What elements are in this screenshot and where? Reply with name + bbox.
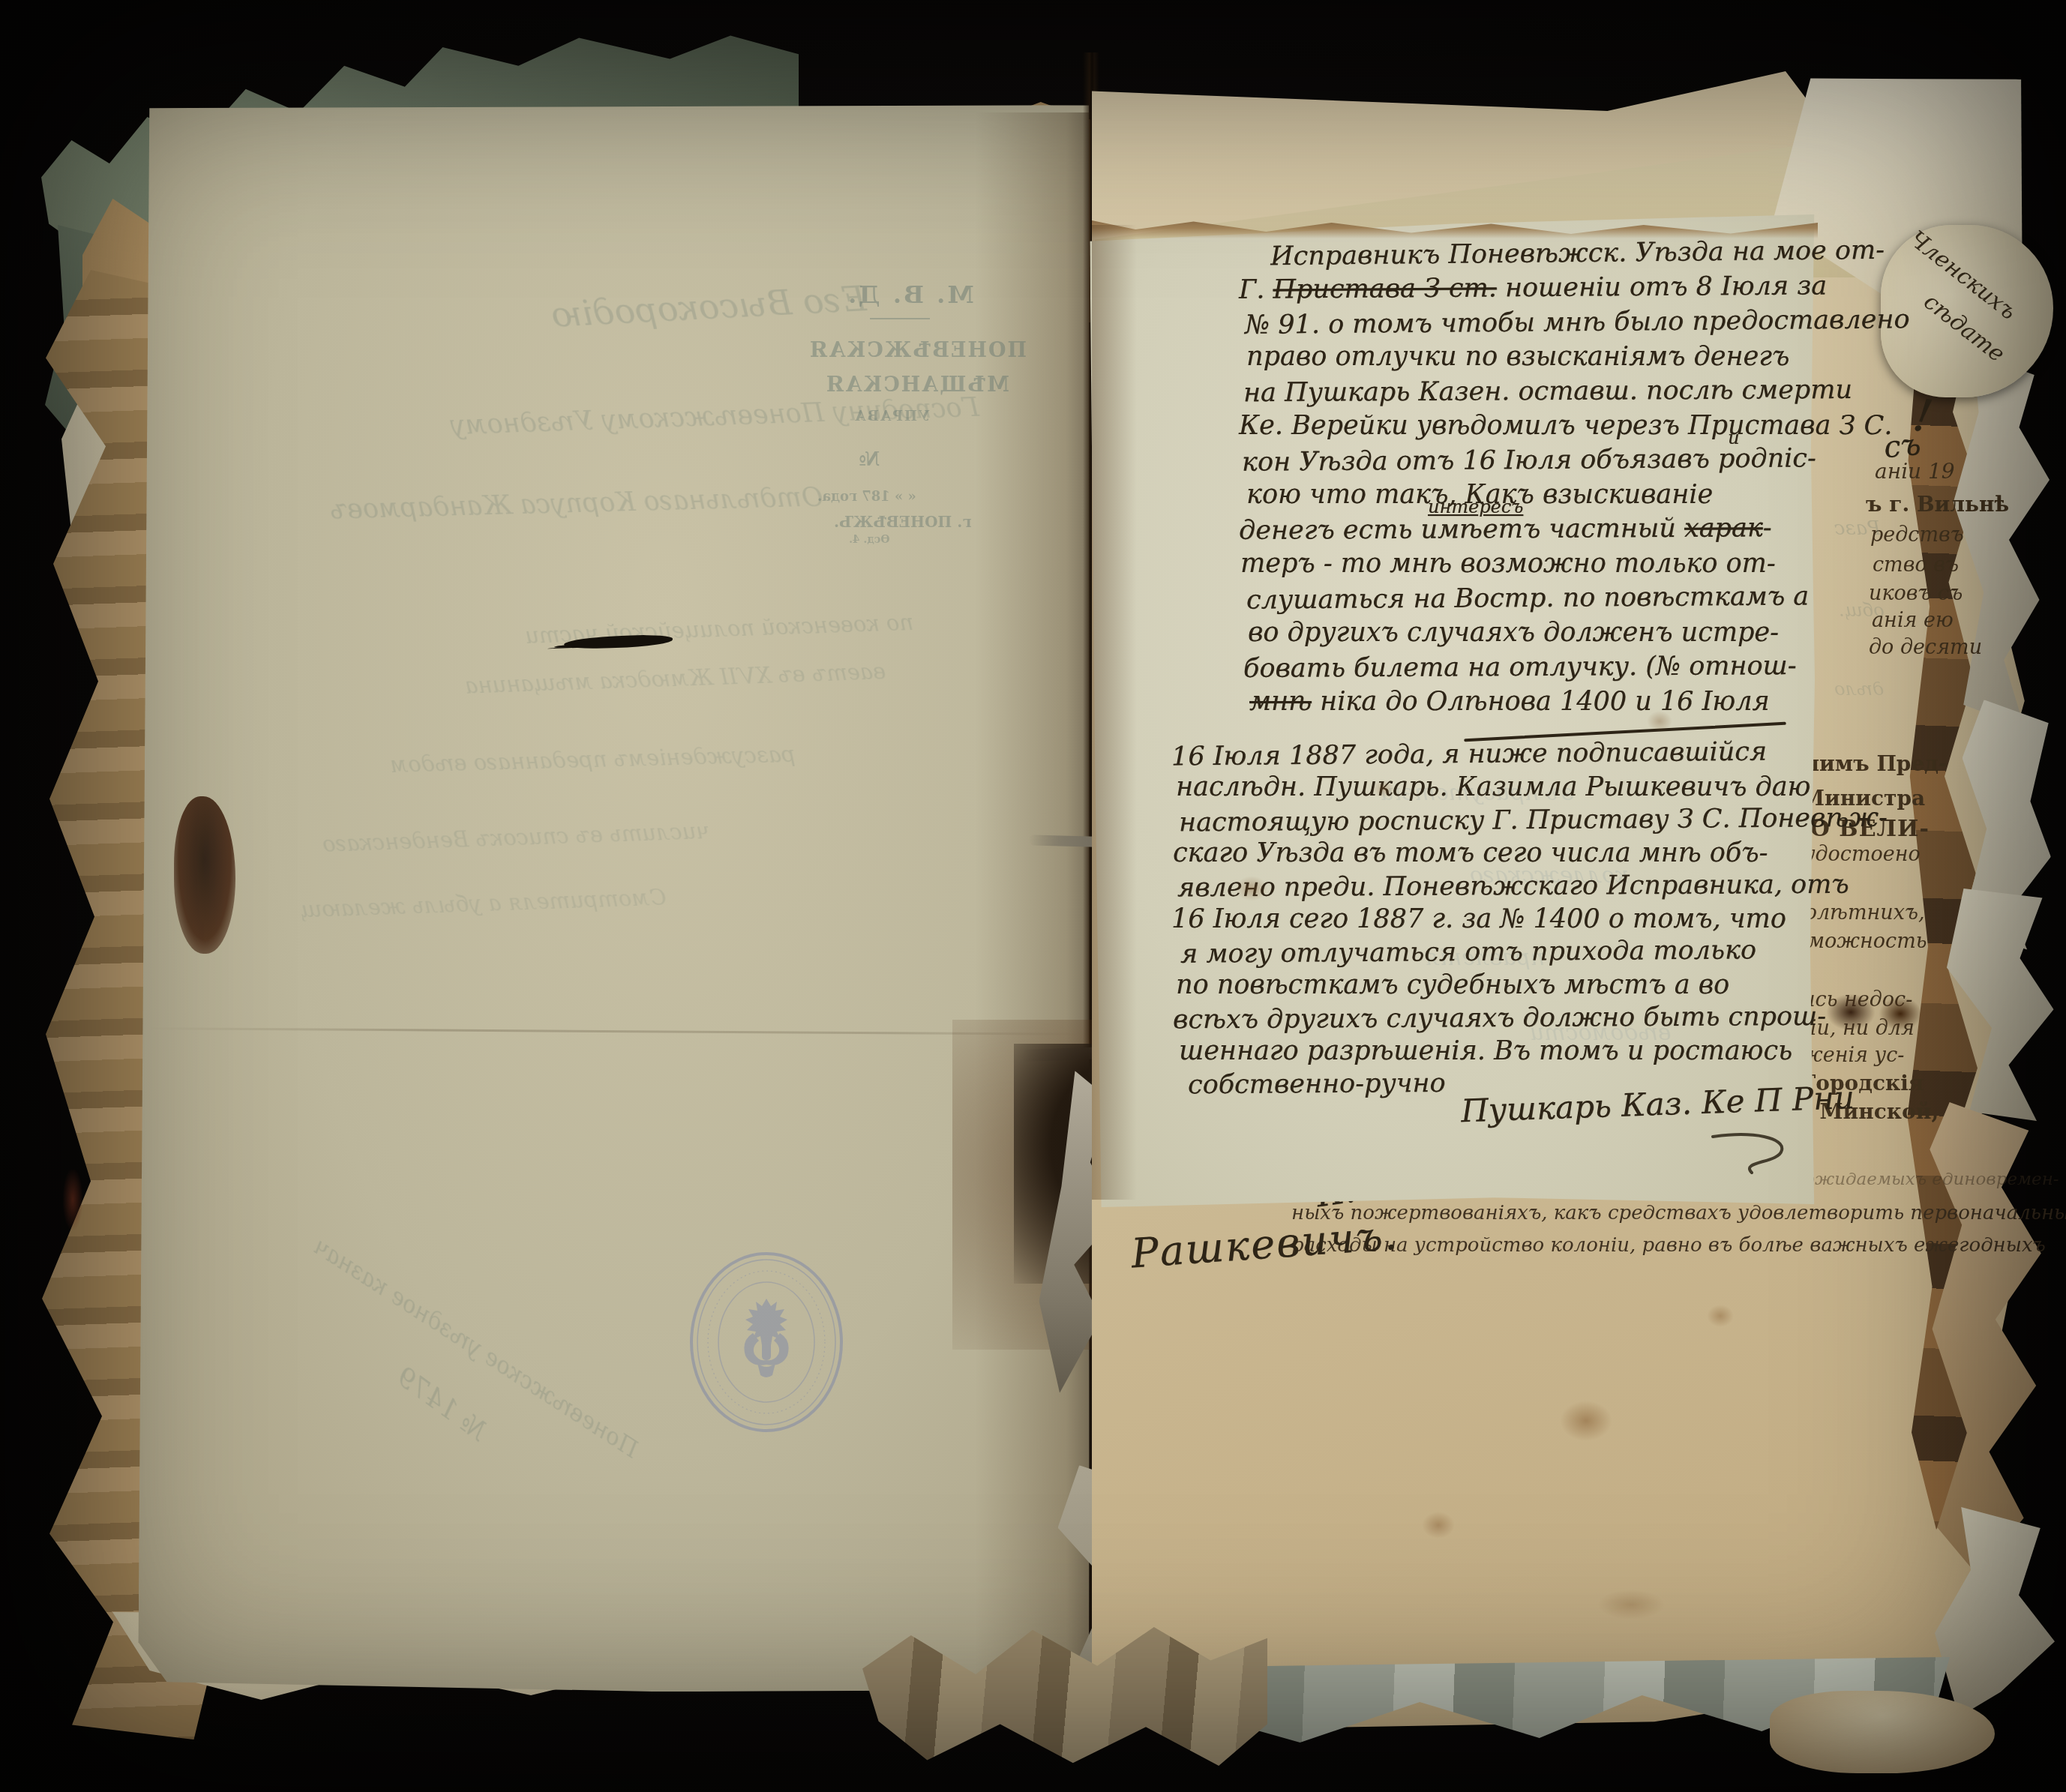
hw-seg: ніка до Олѣнова 1400 и 16 Іюля [1312, 687, 1770, 717]
hw-line: я могу отлучаться отъ прихода только [1180, 935, 1756, 969]
printed-footer-line: ныхъ пожертвованіяхъ, какъ средствахъ уд… [1291, 1202, 2066, 1224]
hw-margin-mark: съ [1882, 427, 1923, 466]
hw-seg: Г. [1239, 274, 1273, 304]
hw-line: наслѣдн. Пушкарь. Казимла Рышкевичъ даю [1176, 772, 1810, 802]
hw-seg: - [1763, 513, 1772, 543]
printed-footer-line: расходы на устройство колоніи, равно въ … [1291, 1234, 2046, 1257]
archival-book-photo: М. В. Д. ПОНЕВѢЖСКАЯ МѢЩАНСКАЯ УПРАВА № … [0, 0, 2066, 1792]
red-mark-left-edge [63, 1170, 82, 1230]
hw-line: 16 Іюля 1887 года, я ниже подписавшійся [1171, 737, 1767, 772]
hw-line: настоящую росписку Г. Приставу З С. Поне… [1179, 803, 1888, 838]
hw-line: мнѣ ніка до Олѣнова 1400 и 16 Іюля [1249, 687, 1770, 717]
handwriting-para1: Исправникъ Поневѣжск. Уѣзда на мое от- Г… [1239, 238, 1839, 748]
burn-spot [1879, 997, 1921, 1030]
hw-line: на Пушкарь Казен. оставш. послѣ смерти [1243, 375, 1852, 408]
hw-line: № 91. о томъ чтобы мнѣ было предоставлен… [1245, 304, 1910, 340]
bottom-cream-blob [1770, 1691, 1995, 1773]
hw-line: денегъ есть имѣетъ частный харак- [1239, 513, 1772, 546]
letterhead-ghost-town1: ПОНЕВѢЖСКАЯ [808, 339, 1027, 362]
hw-seg-struck: мнѣ [1249, 687, 1312, 717]
double-eagle-emblem [744, 1299, 788, 1377]
ink-stamp [684, 1246, 849, 1438]
hw-line: всѣхъ другихъ случаяхъ должно быть спрош… [1173, 1002, 1826, 1035]
hw-line: собственно-ручно [1188, 1068, 1446, 1100]
stain [1372, 780, 1395, 798]
printed-fragment: до десяти [1869, 636, 1982, 659]
ghost-fragment: Разс [1834, 517, 1881, 540]
handwriting-para2: 16 Іюля 1887 года, я ниже подписавшійся … [1171, 739, 1831, 1129]
letterhead-ghost-town2: МѢЩАНСКАЯ [825, 373, 1009, 397]
hw-line: шеннаго разрѣшенія. Въ томъ и ростаюсь [1179, 1036, 1792, 1066]
hw-line: 16 Іюля сего 1887 г. за № 1400 о томъ, ч… [1171, 904, 1786, 934]
signature-flourish [1710, 1131, 1800, 1176]
hw-line: во другихъ случаяхъ долженъ истре- [1248, 618, 1779, 648]
printed-fragment: ство въ [1873, 553, 1959, 577]
sheet-gutter-shade [1092, 225, 1137, 1200]
ghost-fragment: общ. [1839, 600, 1885, 621]
hw-line: Исправникъ Поневѣжск. Уѣзда на мое от- [1270, 235, 1885, 272]
hw-line: Ке. Верейки увѣдомилъ черезъ Пристава З … [1239, 411, 1892, 441]
stain [1647, 711, 1672, 732]
stain [1560, 1401, 1612, 1441]
letterhead-ghost-rule [870, 318, 930, 319]
hw-line: по повѣсткамъ судебныхъ мѣстъ а во [1176, 970, 1729, 1000]
stain [1597, 1590, 1665, 1620]
letterhead-ghost-no: № [859, 448, 880, 471]
hw-seg-struck: Пристава З ст. [1273, 273, 1497, 304]
hw-line: слушаться на Востр. по повѣсткамъ а [1246, 581, 1809, 615]
letterhead-ghost-city: г. ПОНЕВѢЖЪ. [834, 513, 971, 531]
hw-line: кон Уѣзда отъ 16 Іюля объязавъ родпіс- [1242, 443, 1816, 477]
hw-line: Г. Пристава З ст. ношеніи отъ 8 Іюля за [1239, 271, 1827, 304]
letterhead-ghost-date: « » 187 года. [817, 489, 916, 505]
burn-spot [1827, 994, 1875, 1030]
hw-seg: денегъ есть имѣетъ частный [1239, 514, 1684, 546]
ghost-fragment: дѣло [1834, 679, 1884, 700]
stain [1236, 876, 1267, 901]
hw-seg-struck: харак [1684, 513, 1763, 544]
stain [1422, 1512, 1455, 1539]
letterhead-ghost-small: Ѳсд. 4. [849, 534, 889, 546]
hw-line: теръ - то мнѣ возможно только от- [1240, 549, 1776, 579]
hw-line: бовать билета на отлучку. (№ отнош- [1243, 651, 1797, 684]
hw-seg: ношеніи отъ 8 Іюля за [1497, 271, 1828, 303]
hw-line: право отлучки по взысканіямъ денегъ [1246, 342, 1789, 372]
printed-fragment: ъ г. Вильнѣ [1866, 492, 2009, 517]
stain [1707, 1305, 1734, 1327]
hw-line: явлено преди. Поневѣжскаго Исправника, о… [1177, 870, 1849, 903]
hw-line: скаго Уѣзда въ томъ сего числа мнѣ объ- [1173, 838, 1768, 868]
printed-fragment: редствъ [1870, 523, 1964, 547]
